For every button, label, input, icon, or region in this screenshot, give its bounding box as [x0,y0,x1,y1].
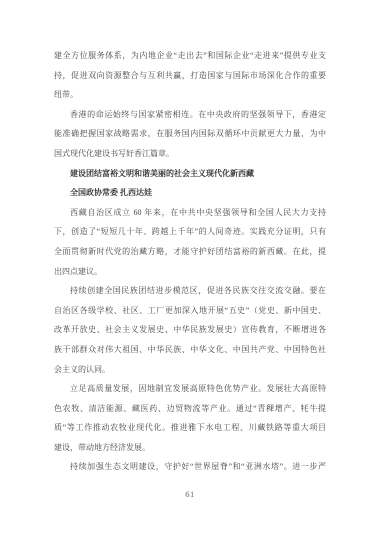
page-number: 61 [0,489,380,499]
text-line: 持续加强生态文明建设，守护好“世界屋脊”和“亚洲水塔”。进一步严 [54,457,326,477]
text-line: 能准确把握国家战略需求，在服务国内国际双循环中贡献更大力量，为中 [54,124,326,144]
text-line: 全面贯彻新时代党的治藏方略，才能守护好团结富裕的新西藏。在此，提 [54,242,326,262]
text-line: 纽带。 [54,85,326,105]
text-line: 下，创造了“短短几十年、跨越上千年”的人间奇迹。实践充分证明，只有 [54,222,326,242]
text-line: 西藏自治区成立 60 年来，在中共中央坚强领导和全国人民大力支持 [54,203,326,223]
text-line: 持，促进双向资源整合与互利共赢，打造国家与国际市场深化合作的重要 [54,66,326,86]
page-content: 建全方位服务体系，为内地企业“走出去”和国际企业“走进来”提供专业支持，促进双向… [54,46,326,477]
text-line: 立足高质量发展，因地制宜发展高原特色优势产业。发展壮大高原特 [54,379,326,399]
document-page: 建全方位服务体系，为内地企业“走出去”和国际企业“走进来”提供专业支持，促进双向… [0,0,380,537]
text-line: 色农牧、清洁能源、藏医药、边贸物流等产业。通过“青稞增产、牦牛提 [54,399,326,419]
text-line: 族干部群众对伟大祖国、中华民族、中华文化、中国共产党、中国特色社 [54,340,326,360]
text-line: 香港的命运始终与国家紧密相连。在中央政府的坚强领导下，香港定 [54,105,326,125]
section-heading: 建设团结富裕文明和谐美丽的社会主义现代化新西藏 [54,164,326,184]
text-line: 建设，带动地方经济发展。 [54,438,326,458]
text-line: 会主义的认同。 [54,360,326,380]
byline: 全国政协常委 扎西达娃 [54,183,326,203]
text-line: 国式现代化建设书写好香江篇章。 [54,144,326,164]
text-line: 持续创建全国民族团结进步模范区，促进各民族交往交流交融。要在 [54,281,326,301]
text-line: 改革开放史、社会主义发展史、中华民族发展史）宣传教育，不断增进各 [54,320,326,340]
text-line: 自治区各级学校、社区、工厂更加深入地开展“五史”（党史、新中国史、 [54,301,326,321]
text-line: 建全方位服务体系，为内地企业“走出去”和国际企业“走进来”提供专业支 [54,46,326,66]
text-line: 质”等工作推动农牧业现代化。推进雅下水电工程、川藏铁路等重大项目 [54,418,326,438]
text-line: 出四点建议。 [54,262,326,282]
